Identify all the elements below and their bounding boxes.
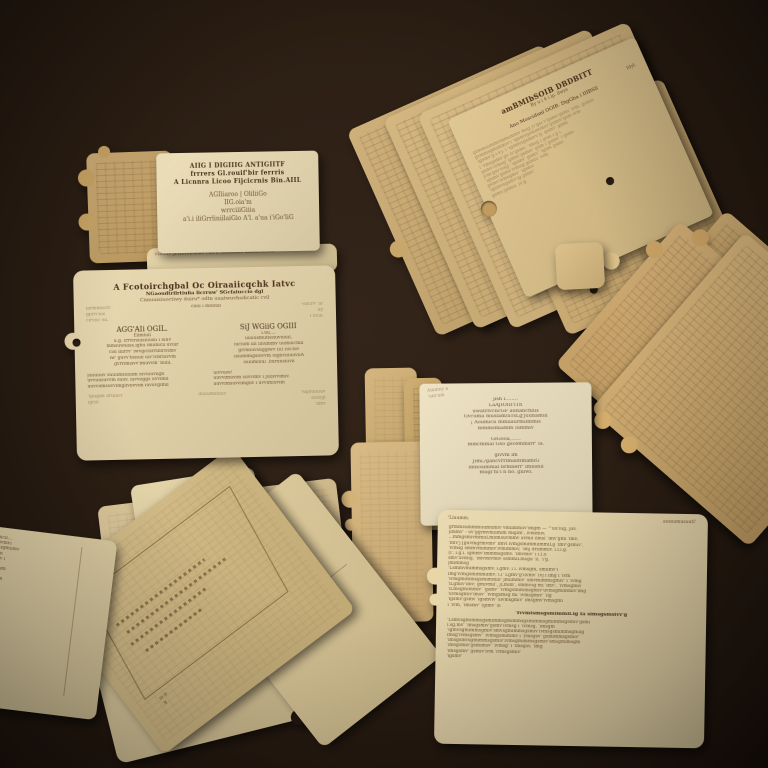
text-line: A Licnnra Licoo Fijcicrnis Bin.AIIL: [165, 176, 311, 186]
sketch-dashes: [126, 556, 228, 634]
sketch-dashes: [116, 558, 206, 627]
text-line: uuvviimsuvvimgliviivvim iuvuvgimil: [87, 382, 199, 390]
typed-lines-bottom: 'Lsmvsgmimmsgsmimmsgmimmsgsmimmsgmimmsgs…: [446, 617, 695, 663]
puzzle-piece-corner-fragment: [555, 242, 605, 290]
large-cert-signature-center: duuumsiuuv: [198, 392, 226, 410]
large-cert-foot-left: juuuuuv suuumsuuum iuviuuviigliuvvuusuvv…: [87, 371, 199, 391]
text-line: 'iimv: [302, 401, 326, 407]
puzzle-piece-large-certificate: A Fcotoirchgbal Oc Oiraaiicqchk Iatvc NG…: [73, 265, 339, 460]
sketch-dashes: [145, 608, 203, 653]
text-line: i iiciii.: [301, 313, 324, 319]
puzzle-knob: [98, 146, 110, 158]
puzzle-knob: [387, 238, 409, 260]
large-cert-signature-right: %ijbuuuuvauil(gl'iimv: [301, 390, 326, 408]
puzzle-knob: [591, 409, 615, 433]
sketch-dashes: [130, 586, 208, 646]
center-card-lines: jish i........LaAJIOIII'lThuwatrlvcncGF …: [419, 382, 592, 525]
large-cert-meta-right: -oiicrv' iii'iiy.i iiciii.: [301, 302, 324, 320]
puzzle-piece-typed-document: 'Liuumm. aussumusuuti' grmmsummmuumumiv …: [434, 510, 708, 749]
certificate-body-lines: AGIliaroo | OliliiGoIIG.oia'mwrrciiiGiii…: [165, 190, 312, 224]
large-cert-foot-right: uivvusv/uuvvimuvim suvvimv i juliivvimiv…: [213, 368, 325, 388]
puzzle-knob: [78, 169, 96, 187]
photo-scene: ciairrr jrrrrrrs-irao cairk lanmiiirr ka…: [0, 0, 768, 768]
text-line: 'g: [162, 696, 173, 707]
certificate-heading-lines: AIIG I DIGIIIG ANTIGIITFfrrrers Gl.rouif…: [164, 161, 310, 187]
text-line: iii iv: [158, 692, 169, 703]
text-line: auvvimsuvvimgliv i uvvimiuvim: [214, 380, 326, 388]
large-cert-col-right-lines: i.uu....uuuusmufissiuviuuil,iucium iiil …: [212, 329, 325, 366]
large-cert-meta-left: jiirmmiscr/gprrcuiscirviic oii.: [86, 306, 111, 324]
text-line: ciuu i diiuiuii: [191, 304, 221, 310]
puzzle-knob: [345, 519, 357, 531]
typed-body: grmmsummmuumumiv vmiimmiiv'imgm — ^uu'iu…: [434, 510, 708, 749]
puzzle-knob: [341, 491, 358, 508]
text-line: suiiimiuui .buruusiuvii: [213, 358, 325, 366]
text-line: miigi'fii'i n no. giiiwi.: [430, 470, 582, 477]
text-line: igriil: [88, 400, 123, 407]
text-line: cirviic oii.: [86, 318, 111, 324]
text-line: gvrrimsivv'imuvvm' biilil.: [87, 360, 199, 368]
typed-lines-top: grmmsummmuumumiv vmiimmiiv'imgm — ^uu'iu…: [447, 525, 696, 612]
large-cert-col-left-lines: u.g. irrvirsiusiuusii i iuuvmmsuwsiiss.i…: [86, 337, 198, 369]
puzzle-knob: [617, 433, 641, 457]
puzzle-piece-small-certificate: AIIG I DIGIIIG ANTIGIITFfrrrers Gl.rouif…: [156, 151, 320, 254]
text-line: duuumsiuuv: [198, 392, 226, 398]
puzzle-piece-center-card: Alamny a'um'um jish i........LaAJIOIII'l…: [419, 382, 592, 525]
sketch-marks: iii iv'g: [158, 692, 173, 707]
large-cert-meta-center: ciuu i diiuiuii: [191, 304, 221, 322]
text-line: a'i.i iliGrrliniilaiGio A'l. a'ua i'iGo'…: [165, 214, 311, 224]
puzzle-knob: [78, 213, 96, 231]
large-cert-signature-left: 'quigim driiiiicrigriil: [88, 394, 124, 412]
